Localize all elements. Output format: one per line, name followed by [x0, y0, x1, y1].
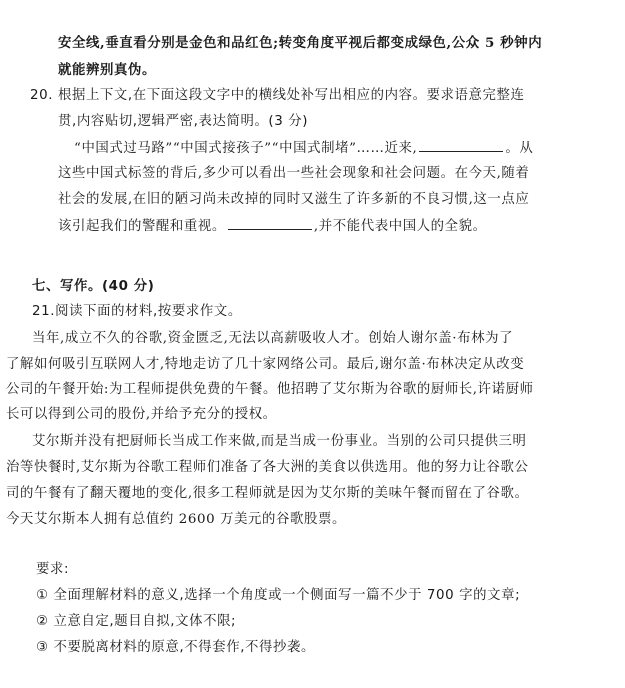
material-line: 长可以得到公司的股份,并给予充分的授权。 [6, 406, 277, 424]
passage-text: 。从 [505, 141, 533, 156]
passage-text: “中国式过马路”“中国式接孩子”“中国式制堵”……近来, [74, 141, 417, 156]
q20-prompt-text: 根据上下文,在下面这段文字中的横线处补写出相应的内容。要求语意完整连 [58, 88, 525, 103]
q20-passage-line3: 社会的发展,在旧的陋习尚未改掉的同时又滋生了许多新的不良习惯,这一点应 [58, 191, 529, 209]
requirement-item: ② 立意自定,题目自拟,文体不限; [36, 613, 236, 631]
passage-text: 该引起我们的警醒和重视。 [58, 219, 226, 234]
q19-tail-line2: 就能辨别真伪。 [58, 61, 156, 79]
q21-prompt: 21.阅读下面的材料,按要求作文。 [32, 303, 242, 321]
passage-text: ,并不能代表中国人的全貌。 [314, 219, 487, 234]
q20-passage-line4: 该引起我们的警醒和重视。,并不能代表中国人的全貌。 [58, 217, 487, 236]
material-line: 了解如何吸引互联网人才,特地走访了几十家网络公司。最后,谢尔盖·布林决定从改变 [6, 356, 524, 374]
section-heading: 七、写作。(40 分) [32, 278, 154, 296]
requirements-label: 要求: [36, 561, 69, 579]
answer-blank-1[interactable] [419, 139, 503, 152]
q20-passage-line1: “中国式过马路”“中国式接孩子”“中国式制堵”……近来,。从 [74, 139, 533, 158]
q19-tail-line1: 安全线,垂直看分别是金色和品红色;转变角度平视后都变成绿色,公众 5 秒钟内 [58, 34, 542, 52]
q21-prompt-text: 阅读下面的材料,按要求作文。 [55, 304, 242, 319]
requirement-item: ③ 不要脱离材料的原意,不得套作,不得抄袭。 [36, 639, 315, 657]
answer-blank-2[interactable] [228, 217, 312, 230]
q20-number: 20. [30, 88, 53, 103]
material-line: 当年,成立不久的谷歌,资金匮乏,无法以高薪吸收人才。创始人谢尔盖·布林为了 [32, 330, 513, 348]
requirement-item: ① 全面理解材料的意义,选择一个角度或一个侧面写一篇不少于 700 字的文章; [36, 587, 520, 605]
material-line: 司的午餐有了翻天覆地的变化,很多工程师就是因为艾尔斯的美味午餐而留在了谷歌。 [6, 485, 529, 503]
q21-number: 21. [32, 304, 55, 319]
q20-prompt-line1: 20. 根据上下文,在下面这段文字中的横线处补写出相应的内容。要求语意完整连 [30, 87, 525, 105]
material-line: 今天艾尔斯本人拥有总值约 2600 万美元的谷歌股票。 [6, 511, 346, 529]
material-line: 公司的午餐开始:为工程师提供免费的午餐。他招聘了艾尔斯为谷歌的厨师长,许诺厨师 [6, 381, 534, 399]
q20-prompt-line2: 贯,内容贴切,逻辑严密,表达简明。(3 分) [58, 113, 308, 131]
material-line: 艾尔斯并没有把厨师长当成工作来做,而是当成一份事业。当别的公司只提供三明 [32, 433, 527, 451]
material-line: 治等快餐时,艾尔斯为谷歌工程师们准备了各大洲的美食以供选用。他的努力让谷歌公 [6, 459, 529, 477]
q20-passage-line2: 这些中国式标签的背后,多少可以看出一些社会现象和社会问题。在今天,随着 [58, 165, 529, 183]
